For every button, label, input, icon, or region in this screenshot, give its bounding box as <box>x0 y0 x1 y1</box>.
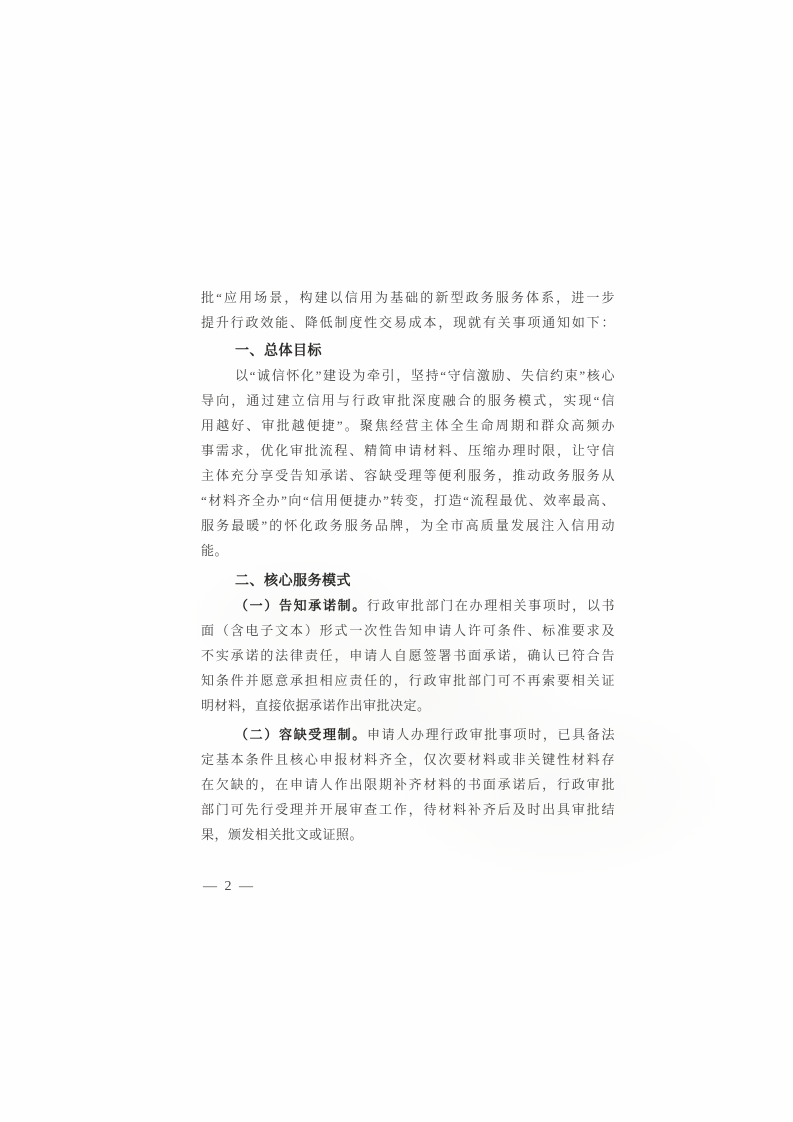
text-run: 申请人办理行政审批事项时，已具备法 <box>367 727 615 742</box>
text-line: 明材料，直接依据承诺作出审批决定。 <box>201 693 615 718</box>
text-run: 在欠缺的，在申请人作出限期补齐材料的书面承诺后，行政审批 <box>201 777 615 792</box>
text-run: 明材料，直接依据承诺作出审批决定。 <box>201 698 431 713</box>
bold-run: 二、核心服务模式 <box>235 572 351 588</box>
text-run: 定基本条件且核心申报材料齐全，仅次要材料或非关键性材料存 <box>201 752 615 767</box>
text-run: 事需求，优化审批流程、精简申请材料、压缩办理时限，让守信 <box>201 443 615 458</box>
text-line: 知条件并愿意承担相应责任的，行政审批部门可不再索要相关证 <box>201 668 615 693</box>
section-heading: 二、核心服务模式 <box>201 568 615 593</box>
text-line: 果，颁发相关批文或证照。 <box>201 822 615 847</box>
text-run: “材料齐全办”向“信用便捷办”转变，打造“流程最优、效率最高、 <box>201 493 615 508</box>
text-line: 定基本条件且核心申报材料齐全，仅次要材料或非关键性材料存 <box>201 747 615 772</box>
text-line: 批“应用场景，构建以信用为基础的新型政务服务体系，进一步 <box>201 285 615 310</box>
text-line: 主体充分享受告知承诺、容缺受理等便利服务，推动政务服务从 <box>201 463 615 488</box>
text-line: 面（含电子文本）形式一次性告知申请人许可条件、标准要求及 <box>201 618 615 643</box>
text-run: 导向，通过建立信用与行政审批深度融合的服务模式，实现“信 <box>201 393 615 408</box>
text-line: 在欠缺的，在申请人作出限期补齐材料的书面承诺后，行政审批 <box>201 772 615 797</box>
text-line: 用越好、审批越便捷”。聚焦经营主体全生命周期和群众高频办 <box>201 413 615 438</box>
text-line: 事需求，优化审批流程、精简申请材料、压缩办理时限，让守信 <box>201 438 615 463</box>
text-line: 提升行政效能、降低制度性交易成本，现就有关事项通知如下： <box>201 310 615 335</box>
text-run: 面（含电子文本）形式一次性告知申请人许可条件、标准要求及 <box>201 623 615 638</box>
text-line: （二）容缺受理制。申请人办理行政审批事项时，已具备法 <box>201 722 615 747</box>
text-line: 部门可先行受理并开展审查工作，待材料补齐后及时出具审批结 <box>201 797 615 822</box>
section-heading: 一、总体目标 <box>201 338 615 363</box>
text-run: 以“诚信怀化”建设为牵引，坚持“守信激励、失信约束”核心 <box>235 368 615 383</box>
text-run: 行政审批部门在办理相关事项时，以书 <box>367 598 615 613</box>
text-run: 主体充分享受告知承诺、容缺受理等便利服务，推动政务服务从 <box>201 468 615 483</box>
text-line: 能。 <box>201 538 615 563</box>
text-run: 服务最暖”的怀化政务服务品牌，为全市高质量发展注入信用动 <box>201 518 615 533</box>
text-line: （一）告知承诺制。行政审批部门在办理相关事项时，以书 <box>201 593 615 618</box>
bold-run: （一）告知承诺制。 <box>235 598 367 613</box>
text-run: 批“应用场景，构建以信用为基础的新型政务服务体系，进一步 <box>201 290 615 305</box>
text-run: 提升行政效能、降低制度性交易成本，现就有关事项通知如下： <box>201 315 615 330</box>
bold-run: （二）容缺受理制。 <box>235 727 367 742</box>
text-run: 不实承诺的法律责任，申请人自愿签署书面承诺，确认已符合告 <box>201 648 615 663</box>
text-run: 果，颁发相关批文或证照。 <box>201 827 363 842</box>
text-line: 导向，通过建立信用与行政审批深度融合的服务模式，实现“信 <box>201 388 615 413</box>
document-page: 批“应用场景，构建以信用为基础的新型政务服务体系，进一步提升行政效能、降低制度性… <box>0 0 793 1122</box>
text-line: 服务最暖”的怀化政务服务品牌，为全市高质量发展注入信用动 <box>201 513 615 538</box>
text-line: 不实承诺的法律责任，申请人自愿签署书面承诺，确认已符合告 <box>201 643 615 668</box>
bold-run: 一、总体目标 <box>235 342 322 358</box>
text-line: “材料齐全办”向“信用便捷办”转变，打造“流程最优、效率最高、 <box>201 488 615 513</box>
text-run: 部门可先行受理并开展审查工作，待材料补齐后及时出具审批结 <box>201 802 615 817</box>
page-number: — 2 — <box>203 878 255 896</box>
text-run: 用越好、审批越便捷”。聚焦经营主体全生命周期和群众高频办 <box>201 418 615 433</box>
text-run: 能。 <box>201 543 228 558</box>
text-line: 以“诚信怀化”建设为牵引，坚持“守信激励、失信约束”核心 <box>201 363 615 388</box>
text-run: 知条件并愿意承担相应责任的，行政审批部门可不再索要相关证 <box>201 673 615 688</box>
document-body: 批“应用场景，构建以信用为基础的新型政务服务体系，进一步提升行政效能、降低制度性… <box>201 285 615 847</box>
